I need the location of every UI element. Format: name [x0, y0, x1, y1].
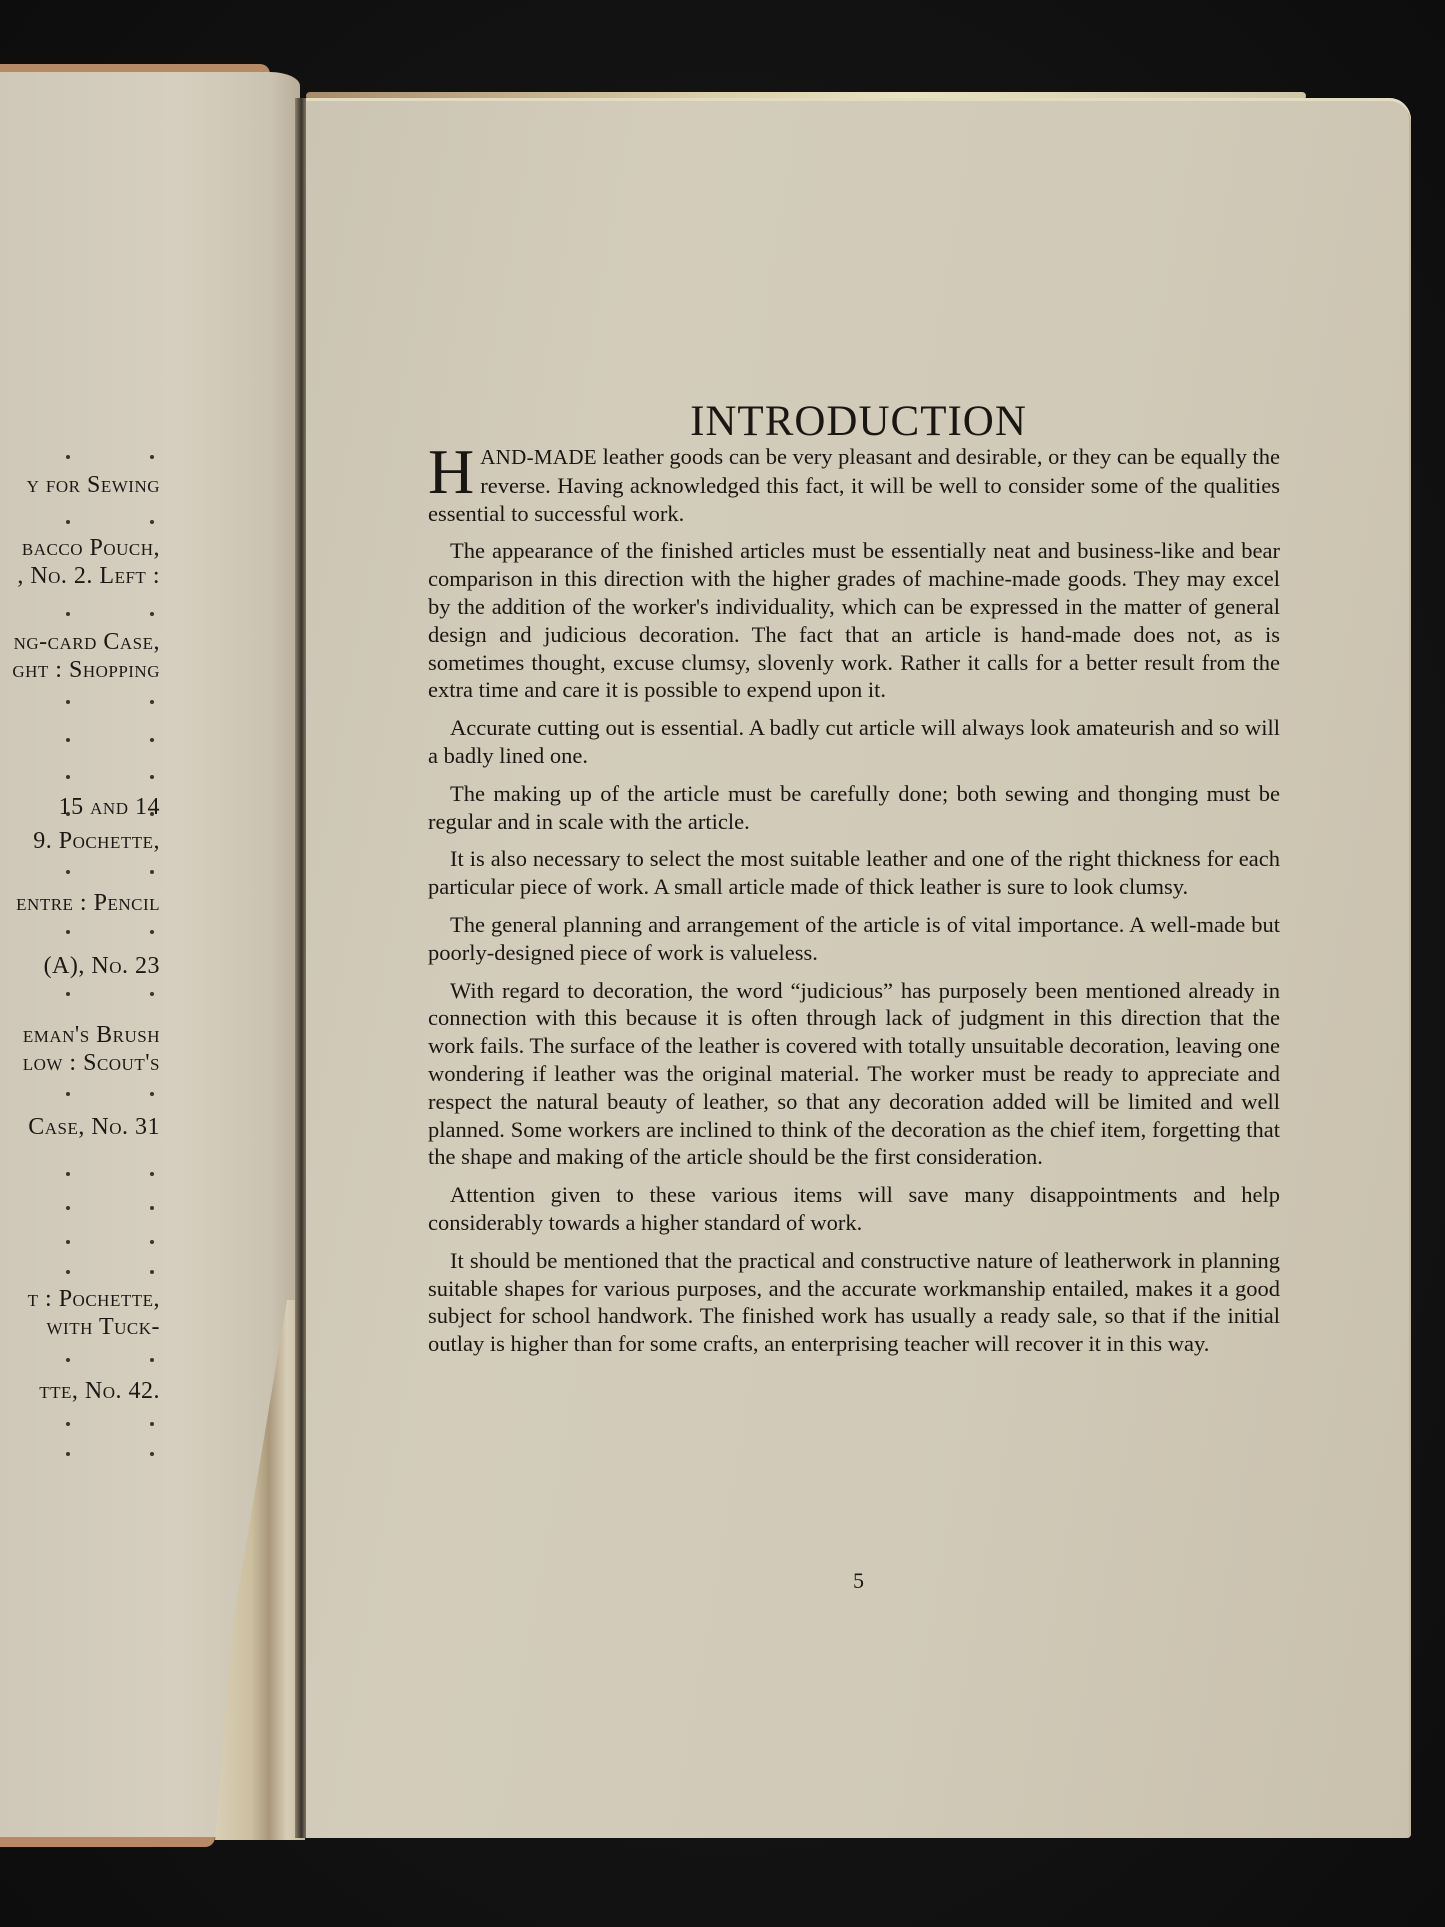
leader-dot [150, 775, 154, 779]
paragraph-5: It is also necessary to select the most … [428, 845, 1280, 901]
paragraph-6: The general planning and arrangement of … [428, 911, 1280, 967]
toc-fragment: tte, No. 42. [39, 1378, 160, 1405]
leader-dot [66, 1240, 70, 1244]
leader-dot [66, 775, 70, 779]
leader-dot [150, 1172, 154, 1176]
leader-dot [66, 612, 70, 616]
leader-dot [66, 1092, 70, 1096]
paragraph-9: It should be mentioned that the practica… [428, 1247, 1280, 1358]
toc-fragment: y for Sewing [27, 472, 160, 499]
toc-fragment: bacco Pouch, [22, 535, 160, 562]
toc-fragment: , No. 2. Left : [17, 563, 160, 590]
toc-fragment: low : Scout's [23, 1050, 160, 1077]
right-page: INTRODUCTION HAND-MADE leather goods can… [306, 98, 1411, 1838]
lead-caps: AND-MADE [480, 445, 597, 469]
paragraph-1: HAND-MADE leather goods can be very plea… [428, 443, 1280, 527]
toc-fragment: 9. Pochette, [33, 828, 160, 855]
leader-dot [150, 812, 154, 816]
leader-dot [66, 455, 70, 459]
toc-fragment: t : Pochette, [28, 1286, 160, 1313]
leader-dot [150, 612, 154, 616]
leader-dot [150, 930, 154, 934]
leader-dot [150, 455, 154, 459]
leader-dot [66, 1452, 70, 1456]
toc-fragment: entre : Pencil [16, 890, 160, 917]
leader-dot [66, 1422, 70, 1426]
introduction-body: HAND-MADE leather goods can be very plea… [428, 443, 1280, 1368]
leader-dot [150, 520, 154, 524]
paragraph-3: Accurate cutting out is essential. A bad… [428, 714, 1280, 770]
leader-dot [66, 1270, 70, 1274]
toc-fragment: 15 and 14 [59, 794, 160, 821]
page-number: 5 [306, 1568, 1411, 1594]
leader-dot [66, 870, 70, 874]
leader-dot [66, 1206, 70, 1210]
paragraph-2: The appearance of the finished articles … [428, 537, 1280, 704]
leader-dot [66, 1172, 70, 1176]
leader-dot [66, 700, 70, 704]
toc-fragment: eman's Brush [23, 1022, 160, 1049]
paragraph-7: With regard to decoration, the word “jud… [428, 977, 1280, 1172]
leader-dot [150, 1092, 154, 1096]
leader-dot [66, 930, 70, 934]
leader-dot [66, 992, 70, 996]
leader-dot [150, 870, 154, 874]
paragraph-8: Attention given to these various items w… [428, 1181, 1280, 1237]
drop-cap: H [428, 447, 474, 497]
toc-fragment: ng-card Case, [14, 629, 160, 656]
leader-dot [150, 992, 154, 996]
leader-dot [150, 738, 154, 742]
leader-dot [150, 700, 154, 704]
leader-dot [150, 1240, 154, 1244]
leader-dot [150, 1358, 154, 1362]
toc-fragment: ght : Shopping [12, 657, 160, 684]
toc-fragment: with Tuck- [47, 1314, 160, 1341]
paragraph-4: The making up of the article must be car… [428, 780, 1280, 836]
leader-dot [150, 1206, 154, 1210]
leader-dot [150, 1452, 154, 1456]
toc-fragment: (A), No. 23 [44, 953, 160, 980]
leader-dot [66, 738, 70, 742]
leader-dot [66, 520, 70, 524]
leader-dot [66, 812, 70, 816]
leader-dot [150, 1422, 154, 1426]
toc-fragment: Case, No. 31 [28, 1114, 160, 1141]
leader-dot [66, 1358, 70, 1362]
leader-dot [150, 1270, 154, 1274]
